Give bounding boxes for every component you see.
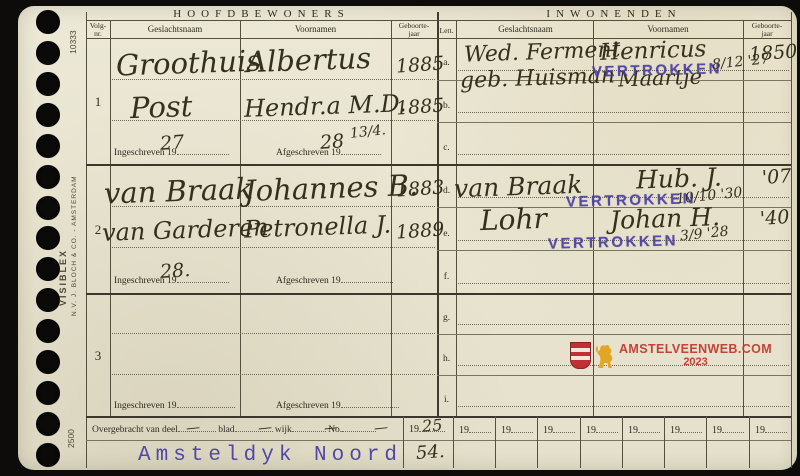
lion-icon: [595, 343, 615, 369]
punch-hole: [36, 41, 60, 65]
column-header-volgnr: Volg-nr.: [86, 22, 110, 38]
handwritten-year: 1883: [395, 176, 445, 201]
row-letter: g.: [437, 313, 456, 323]
punch-hole: [36, 196, 60, 220]
printer-brand-sub: N.V. J. BLOCH & CO. - AMSTERDAM: [71, 146, 78, 316]
punch-hole: [36, 350, 60, 374]
punch-hole: [36, 103, 60, 127]
grid-line: [706, 416, 707, 468]
writing-line: [458, 324, 789, 325]
handwritten-names: Hendr.a M.D.: [244, 89, 407, 123]
afgeschreven-text: Afgeschreven 19: [276, 276, 341, 286]
transfer-label: Overgebracht van deel: [92, 425, 178, 435]
watermark-site: AMSTELVEENWEB.COM: [619, 342, 772, 356]
grid-line: [437, 375, 791, 376]
street-name-stamp: Amsteldyk Noord: [138, 444, 402, 467]
handwritten-year: '07: [761, 165, 792, 189]
ingeschreven-text: Ingeschreven 19: [114, 401, 177, 411]
handwritten-year: 1889: [395, 218, 445, 243]
year-cell: 19: [586, 423, 618, 436]
handwritten-dash: —: [323, 419, 339, 436]
handwritten-surname: van Braak: [103, 171, 253, 210]
grid-line: [664, 416, 665, 468]
column-header-voornamen-left: Voornamen: [240, 25, 391, 34]
writing-line: [112, 247, 435, 248]
grid-line: [86, 20, 791, 21]
grid-line: [403, 416, 404, 468]
grid-line: [622, 416, 623, 468]
writing-line: [458, 406, 789, 407]
punch-hole: [36, 134, 60, 158]
geboortejaar-line2: jaar: [761, 29, 772, 38]
year-prefix: 19: [586, 425, 596, 436]
handwritten-year: '40: [759, 206, 790, 230]
handwritten-dash: —: [185, 419, 201, 436]
column-header-geslachtsnaam-left: Geslachtsnaam: [110, 25, 240, 34]
punch-hole: [36, 288, 60, 312]
row-letter: c.: [437, 143, 456, 153]
grid-line: [580, 416, 581, 468]
year-cell: 19: [501, 423, 533, 436]
watermark-text: AMSTELVEENWEB.COM 2023: [619, 342, 772, 369]
row-number: 1: [86, 94, 110, 110]
year-cell: 19: [543, 423, 575, 436]
column-header-geboortejaar-left: Geboorte-jaar: [391, 22, 437, 38]
year-prefix: 19: [459, 425, 469, 436]
handwritten-year-value: 25: [421, 415, 443, 435]
amstelveen-crest-icon: [570, 342, 591, 369]
handwritten-ingeschreven-year: 27: [159, 131, 185, 155]
grid-line: [791, 12, 792, 468]
punch-hole: [36, 226, 60, 250]
punch-hole: [36, 319, 60, 343]
punch-hole: [36, 443, 60, 467]
handwritten-afgeschreven-note: 13/4.: [349, 122, 386, 142]
handwritten-names: Albertus: [245, 41, 371, 79]
column-header-volgnr-line2: nr.: [94, 29, 102, 38]
year-prefix: 19: [712, 425, 722, 436]
year-cell: 19: [628, 423, 660, 436]
row-letter: h.: [437, 354, 456, 364]
registration-card: 10333 VISIBLEX N.V. J. BLOCH & CO. - AMS…: [18, 6, 797, 470]
year-prefix: 19: [755, 425, 765, 436]
punch-hole: [36, 165, 60, 189]
handwritten-names: Petronella J.: [244, 210, 392, 243]
watermark-year: 2023: [619, 356, 772, 369]
vertrokken-stamp: VERTROKKEN: [548, 232, 678, 252]
handwritten-dash: —: [257, 419, 273, 436]
card-stock-number-bottom: 2500: [66, 406, 76, 448]
year-prefix: 19: [543, 425, 553, 436]
handwritten-year: 1885: [395, 52, 445, 77]
year-cell: 19: [755, 423, 787, 436]
year-cell: 19: [459, 423, 491, 436]
handwritten-dash: —: [373, 419, 389, 436]
afgeschreven-label: Afgeschreven 19: [276, 273, 393, 286]
afgeschreven-label: Afgeschreven 19: [276, 398, 399, 411]
grid-line: [537, 416, 538, 468]
handwritten-afgeschreven-year: 28: [319, 130, 345, 154]
column-header-voornamen-right: Voornamen: [593, 25, 743, 34]
punch-hole: [36, 10, 60, 34]
row-number: 3: [86, 348, 110, 364]
handwritten-year: 1885: [395, 94, 445, 119]
wijk-label: wijk: [275, 425, 292, 435]
printer-brand: VISIBLEX: [58, 156, 68, 306]
writing-line: [112, 374, 435, 375]
punch-hole: [36, 72, 60, 96]
grid-line: [86, 12, 87, 468]
section-title-hoofdbewoners: HOOFDBEWONERS: [86, 8, 437, 20]
grid-line: [749, 416, 750, 468]
handwritten-surname: Lohr: [479, 202, 547, 237]
handwritten-surname: Groothuis: [115, 43, 261, 82]
punch-hole: [36, 381, 60, 405]
punch-holes: [36, 10, 60, 467]
punch-hole: [36, 412, 60, 436]
year-prefix: 19: [628, 425, 638, 436]
year-prefix: 19: [409, 424, 419, 435]
watermark: AMSTELVEENWEB.COM 2023: [570, 342, 772, 369]
card-stock-number-top: 10333: [68, 8, 78, 54]
geboortejaar-line2: jaar: [408, 29, 419, 38]
writing-line: [112, 333, 435, 334]
writing-line: [458, 112, 789, 113]
handwritten-card-number: 54.: [415, 441, 445, 464]
year-cell: 19: [670, 423, 702, 436]
handwritten-surname: Post: [129, 89, 192, 125]
handwritten-ingeschreven-year: 28.: [159, 259, 191, 283]
blad-label: blad: [218, 425, 234, 435]
column-header-geboortejaar-right: Geboorte-jaar: [743, 22, 791, 38]
row-letter: i.: [437, 395, 456, 405]
section-title-inwonenden: INWONENDEN: [437, 8, 791, 20]
writing-line: [458, 283, 789, 284]
ingeschreven-label: Ingeschreven 19: [114, 398, 235, 411]
column-header-geslachtsnaam-right: Geslachtsnaam: [458, 25, 593, 34]
year-prefix: 19: [670, 425, 680, 436]
grid-line: [453, 416, 454, 468]
grid-line: [495, 416, 496, 468]
year-cell: 19: [712, 423, 744, 436]
row-letter: f.: [437, 272, 456, 282]
handwritten-surname: van Braak: [454, 170, 583, 203]
year-prefix: 19: [501, 425, 511, 436]
afgeschreven-text: Afgeschreven 19: [276, 401, 341, 411]
grid-line: [391, 21, 392, 416]
grid-line: [86, 293, 791, 295]
grid-line: [437, 334, 791, 335]
vertrokken-stamp: VERTROKKEN: [592, 60, 722, 80]
punch-hole: [36, 257, 60, 281]
writing-line: [458, 154, 789, 155]
handwritten-names: Johannes B.: [243, 168, 418, 208]
grid-line: [437, 122, 791, 123]
